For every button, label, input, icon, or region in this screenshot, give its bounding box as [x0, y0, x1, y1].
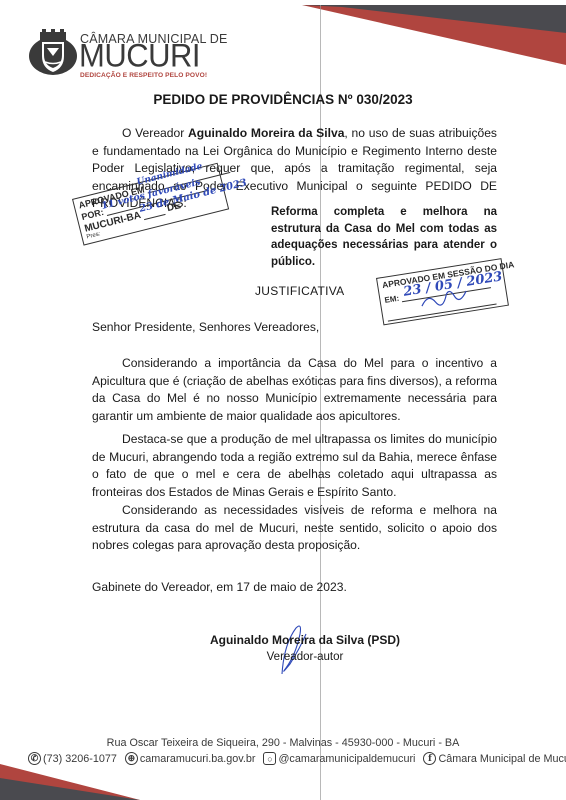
footer-decorative-band [0, 764, 140, 800]
footer-instagram[interactable]: @camaramunicipaldemucuri [278, 753, 415, 765]
brand-slogan: DEDICAÇÃO E RESPEITO PELO POVO! [80, 72, 207, 79]
instagram-icon: ○ [263, 752, 276, 765]
intro-prefix: O Vereador [122, 126, 188, 140]
intro-author: Aguinaldo Moreira da Silva [188, 126, 344, 140]
document-title: PEDIDO DE PROVIDÊNCIAS Nº 030/2023 [0, 92, 566, 107]
header-decorative-band [302, 5, 566, 65]
footer-facebook[interactable]: Câmara Municipal de Mucuri [438, 753, 566, 765]
justification-paragraph-2: Destaca-se que a produção de mel ultrapa… [92, 431, 497, 501]
stamp2-label-on: EM: [384, 294, 400, 305]
footer-website[interactable]: camaramucuri.ba.gov.br [140, 753, 256, 765]
brand-name-mucuri: MUCURI [79, 39, 200, 73]
signature-role: Vereador-autor [22, 651, 566, 663]
salutation: Senhor Presidente, Senhores Vereadores, [92, 320, 319, 334]
justification-paragraph-3: Considerando as necessidades visíveis de… [92, 502, 497, 555]
footer-phone[interactable]: (73) 3206-1077 [43, 753, 117, 765]
footer-address: Rua Oscar Teixeira de Siqueira, 290 - Ma… [0, 737, 566, 749]
request-subject: Reforma completa e melhora na estrutura … [271, 204, 497, 270]
author-signature-icon [276, 620, 310, 678]
municipal-coat-of-arms-icon [27, 28, 79, 76]
justification-heading: JUSTIFICATIVA [255, 284, 344, 298]
justification-paragraph-1: Considerando a importância da Casa do Me… [92, 355, 497, 425]
facebook-icon: f [423, 752, 436, 765]
signature-name: Aguinaldo Moreira da Silva (PSD) [22, 633, 566, 647]
closing-date: Gabinete do Vereador, em 17 de maio de 2… [92, 580, 347, 594]
